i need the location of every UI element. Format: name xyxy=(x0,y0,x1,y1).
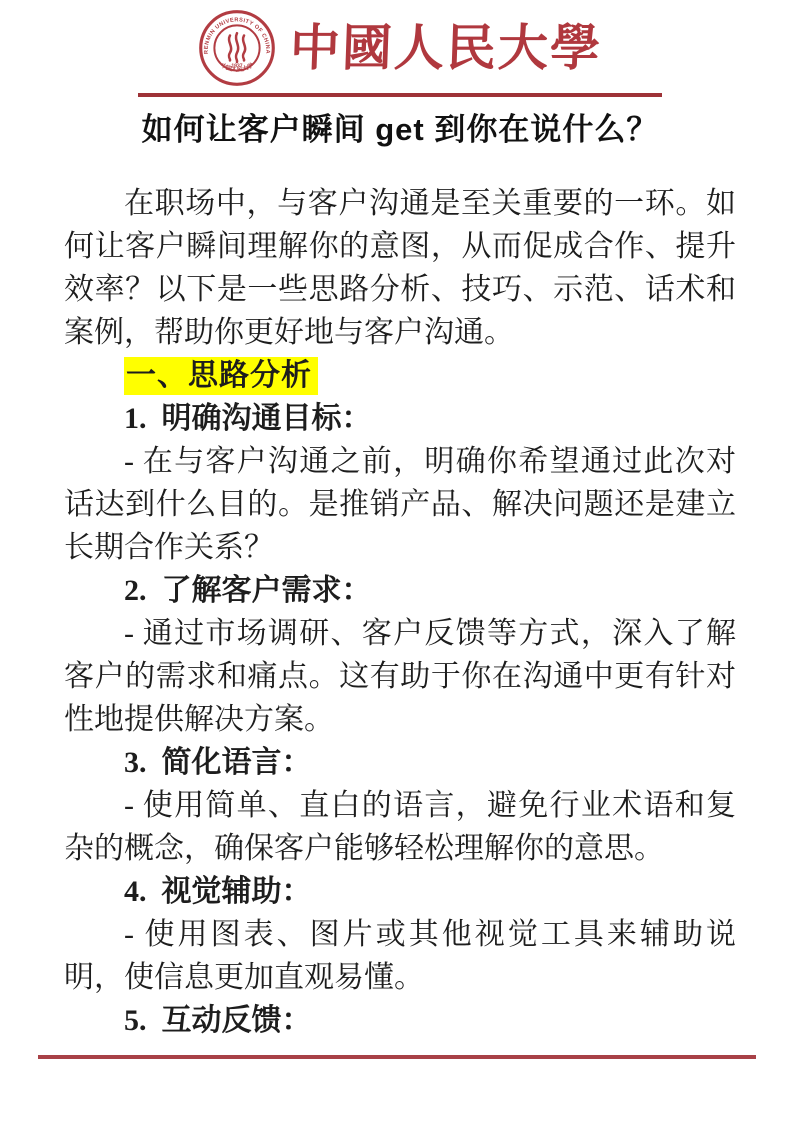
seal-waves-icon xyxy=(229,33,245,62)
item-5-heading: 5. 互动反馈： xyxy=(64,999,736,1042)
seal-year: 1937 xyxy=(231,64,242,70)
item-2-body: - 通过市场调研、客户反馈等方式，深入了解客户的需求和痛点。这有助于你在沟通中更… xyxy=(64,612,736,741)
document-page: RENMIN UNIVERSITY OF CHINA 中国人民大学 1937 中… xyxy=(0,0,800,1131)
footer-divider xyxy=(38,1055,756,1059)
university-seal-icon: RENMIN UNIVERSITY OF CHINA 中国人民大学 1937 xyxy=(198,9,276,87)
section-heading-line: 一、思路分析 xyxy=(64,354,736,397)
page-title: 如何让客户瞬间 get 到你在说什么？ xyxy=(138,104,662,149)
intro-paragraph: 在职场中，与客户沟通是至关重要的一环。如何让客户瞬间理解你的意图，从而促成合作、… xyxy=(64,182,736,354)
university-logo: RENMIN UNIVERSITY OF CHINA 中国人民大学 1937 中… xyxy=(0,0,800,88)
section-heading-highlight: 一、思路分析 xyxy=(124,357,318,395)
document-body: 在职场中，与客户沟通是至关重要的一环。如何让客户瞬间理解你的意图，从而促成合作、… xyxy=(64,182,736,1042)
item-1-heading: 1. 明确沟通目标： xyxy=(64,397,736,440)
item-4-heading: 4. 视觉辅助： xyxy=(64,870,736,913)
item-4-body: - 使用图表、图片或其他视觉工具来辅助说明，使信息更加直观易懂。 xyxy=(64,913,736,999)
item-3-body: - 使用简单、直白的语言，避免行业术语和复杂的概念，确保客户能够轻松理解你的意思… xyxy=(64,784,736,870)
item-3-heading: 3. 简化语言： xyxy=(64,741,736,784)
item-2-heading: 2. 了解客户需求： xyxy=(64,569,736,612)
item-1-body: - 在与客户沟通之前，明确你希望通过此次对话达到什么目的。是推销产品、解决问题还… xyxy=(64,440,736,569)
title-block: 如何让客户瞬间 get 到你在说什么？ xyxy=(138,93,662,149)
university-wordmark: 中國人民大學 xyxy=(289,23,603,73)
